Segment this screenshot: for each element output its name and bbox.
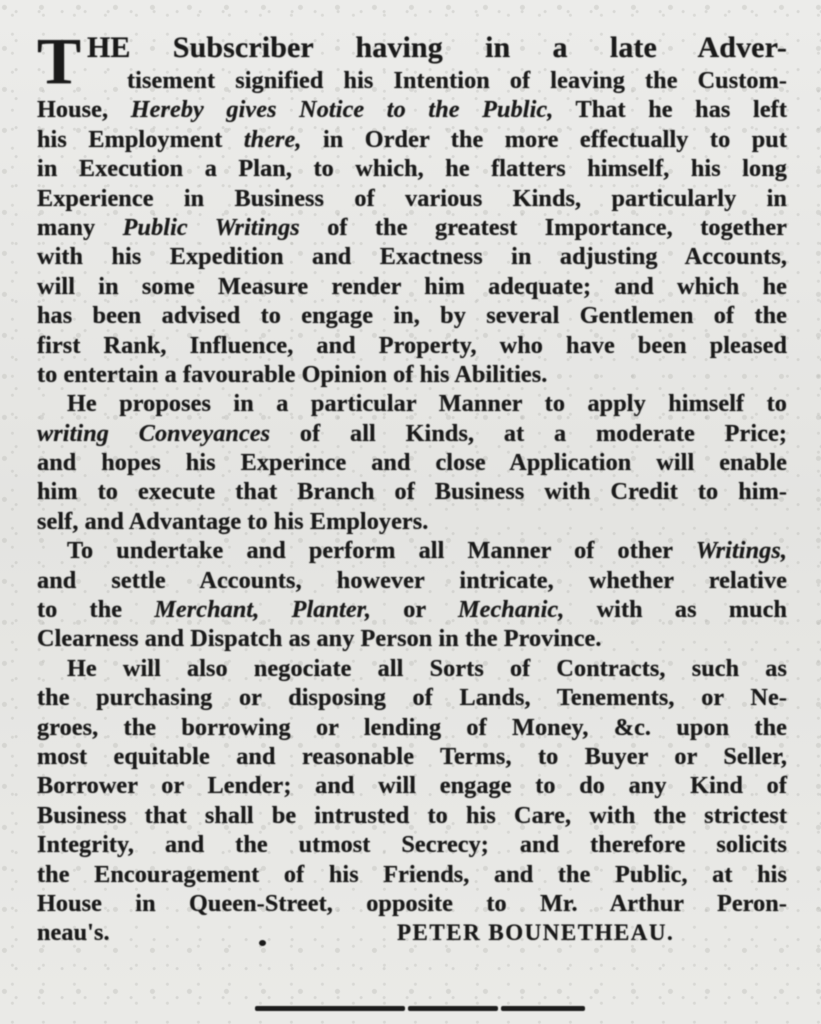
text-segment: in Order the more effectually to put xyxy=(302,126,787,153)
ink-dot-ornament xyxy=(259,940,266,946)
text-segment: Integrity, and the utmost Secrecy; and t… xyxy=(37,831,787,858)
text-segment: or xyxy=(371,596,458,623)
text-segment: has been advised to engage in, by severa… xyxy=(37,302,787,329)
text-line: him to execute that Branch of Business w… xyxy=(37,477,787,506)
text-segment: in Execution a Plan, to which, he flatte… xyxy=(37,155,787,182)
text-segment: House, xyxy=(37,96,131,123)
text-segment: with his Expedition and Exactness in adj… xyxy=(37,243,787,270)
text-segment: Experience in Business of various Kinds,… xyxy=(37,185,787,212)
text-line: most equitable and reasonable Terms, to … xyxy=(37,742,787,771)
signature-name: PETER BOUNETHEAU. xyxy=(397,918,674,947)
text-line: self, and Advantage to his Employers. xyxy=(37,507,787,536)
text-segment: He will also negociate all Sorts of Cont… xyxy=(67,655,787,682)
text-segment: Borrower or Lender; and will engage to d… xyxy=(37,772,787,799)
text-line: many Public Writings of the greatest Imp… xyxy=(37,213,787,242)
advertisement-paragraph: He will also negociate all Sorts of Cont… xyxy=(37,654,787,919)
italic-text: Public Writings xyxy=(123,214,300,241)
text-line: and hopes his Experince and close Applic… xyxy=(37,448,787,477)
text-segment: self, and Advantage to his Employers. xyxy=(37,508,428,535)
text-segment: He proposes in a particular Manner to ap… xyxy=(67,390,787,417)
text-line: tisement signified his Intention of leav… xyxy=(37,66,787,95)
text-segment: to entertain a favourable Opinion of his… xyxy=(37,361,547,388)
advertisement-paragraph: He proposes in a particular Manner to ap… xyxy=(37,389,787,536)
text-line: Experience in Business of various Kinds,… xyxy=(37,184,787,213)
text-line: He proposes in a particular Manner to ap… xyxy=(37,389,787,418)
text-line: He will also negociate all Sorts of Cont… xyxy=(37,654,787,683)
text-line: with his Expedition and Exactness in adj… xyxy=(37,242,787,271)
drop-cap-letter: T xyxy=(37,32,81,92)
text-line: to the Merchant, Planter, or Mechanic, w… xyxy=(37,595,787,624)
text-segment: That he has left xyxy=(553,96,787,123)
text-segment: first Rank, Influence, and Property, who… xyxy=(37,332,787,359)
text-segment: the purchasing or disposing of Lands, Te… xyxy=(37,684,787,711)
text-line: in Execution a Plan, to which, he flatte… xyxy=(37,154,787,183)
text-segment: to the xyxy=(37,596,154,623)
italic-text: Hereby gives Notice to the Public, xyxy=(131,96,554,123)
italic-text: Merchant, Planter, xyxy=(154,596,371,623)
text-segment: and hopes his Experince and close Applic… xyxy=(37,449,787,476)
rule-segment xyxy=(408,1006,498,1011)
text-segment: the Encouragement of his Friends, and th… xyxy=(37,861,787,888)
text-segment: groes, the borrowing or lending of Money… xyxy=(37,714,787,741)
text-line: and settle Accounts, however intricate, … xyxy=(37,566,787,595)
text-line: To undertake and perform all Manner of o… xyxy=(37,536,787,565)
text-segment: many xyxy=(37,214,123,241)
text-line: the purchasing or disposing of Lands, Te… xyxy=(37,683,787,712)
italic-text: writing Conveyances xyxy=(37,420,270,447)
text-line: THE Subscriber having in a late Adver- xyxy=(37,30,787,66)
text-line: to entertain a favourable Opinion of his… xyxy=(37,360,787,389)
italic-text: Writings, xyxy=(696,537,787,564)
text-line: Clearness and Dispatch as any Person in … xyxy=(37,624,787,653)
italic-text: Mechanic, xyxy=(458,596,564,623)
text-segment: Business that shall be intrusted to his … xyxy=(37,802,787,829)
advertisement-body: THE Subscriber having in a late Adver-ti… xyxy=(37,30,787,918)
rule-segment xyxy=(501,1006,585,1011)
italic-text: there, xyxy=(244,126,302,153)
text-line: Borrower or Lender; and will engage to d… xyxy=(37,771,787,800)
text-line: the Encouragement of his Friends, and th… xyxy=(37,860,787,889)
advertisement-column: THE Subscriber having in a late Adver-ti… xyxy=(37,30,787,948)
separator-rule xyxy=(255,1006,585,1011)
text-segment: most equitable and reasonable Terms, to … xyxy=(37,743,787,770)
text-segment: HE Subscriber having in a late Adver- xyxy=(87,31,787,64)
text-line: groes, the borrowing or lending of Money… xyxy=(37,713,787,742)
text-line: writing Conveyances of all Kinds, at a m… xyxy=(37,419,787,448)
text-segment: of the greatest Importance, together xyxy=(300,214,787,241)
text-segment: with as much xyxy=(564,596,787,623)
text-segment: him to execute that Branch of Business w… xyxy=(37,478,787,505)
text-segment: will in some Measure render him adequate… xyxy=(37,273,787,300)
text-line: House, Hereby gives Notice to the Public… xyxy=(37,95,787,124)
text-line: has been advised to engage in, by severa… xyxy=(37,301,787,330)
signature-row: neau's. PETER BOUNETHEAU. xyxy=(37,918,787,948)
text-segment: and settle Accounts, however intricate, … xyxy=(37,567,787,594)
text-line: Business that shall be intrusted to his … xyxy=(37,801,787,830)
text-segment: his Employment xyxy=(37,126,244,153)
text-segment: House in Queen-Street, opposite to Mr. A… xyxy=(37,890,787,917)
text-segment: To undertake and perform all Manner of o… xyxy=(67,537,696,564)
text-line: will in some Measure render him adequate… xyxy=(37,272,787,301)
text-segment: Clearness and Dispatch as any Person in … xyxy=(37,625,602,652)
advertisement-paragraph: To undertake and perform all Manner of o… xyxy=(37,536,787,654)
text-segment: tisement signified his Intention of leav… xyxy=(127,67,787,94)
rule-segment xyxy=(255,1006,405,1011)
advertisement-paragraph: THE Subscriber having in a late Adver-ti… xyxy=(37,30,787,389)
text-segment: of all Kinds, at a moderate Price; xyxy=(270,420,787,447)
closing-fragment: neau's. xyxy=(37,918,110,947)
text-line: his Employment there, in Order the more … xyxy=(37,125,787,154)
text-line: House in Queen-Street, opposite to Mr. A… xyxy=(37,889,787,918)
text-line: first Rank, Influence, and Property, who… xyxy=(37,331,787,360)
text-line: Integrity, and the utmost Secrecy; and t… xyxy=(37,830,787,859)
